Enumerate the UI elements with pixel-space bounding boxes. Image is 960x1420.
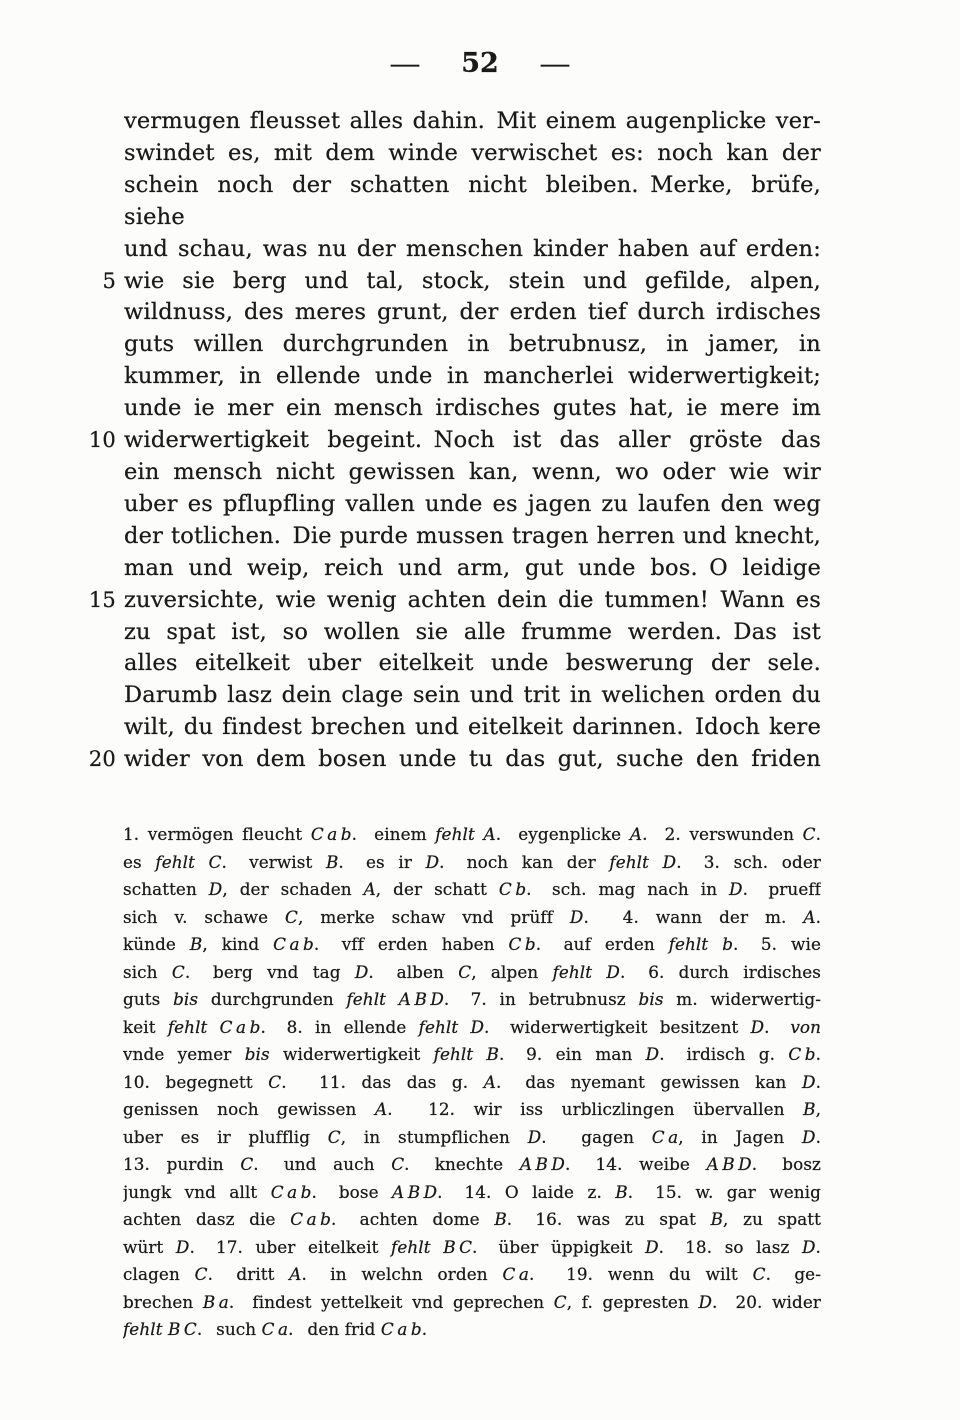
text-line-content: der totlichen. Die purde mussen tragen h…: [124, 521, 821, 553]
text-line-content: vermugen fleusset alles dahin. Mit einem…: [124, 106, 821, 138]
text-line: zu spat ist, so wollen sie alle frumme w…: [124, 617, 821, 649]
text-line: wildnuss, des meres grunt, der erden tie…: [124, 297, 821, 329]
main-text-block: vermugen fleusset alles dahin. Mit einem…: [124, 106, 821, 776]
apparatus-line: vnde yemer bis widerwertigkeit fehlt B. …: [123, 1041, 821, 1069]
book-page-scan: — 52 — vermugen fleusset alles dahin. Mi…: [0, 0, 960, 1420]
text-line: 20wider von dem bosen unde tu das gut, s…: [124, 744, 821, 776]
apparatus-line-last: fehlt B C. such C a. den frid C a b.: [123, 1316, 821, 1344]
text-line-content: wildnuss, des meres grunt, der erden tie…: [124, 297, 821, 329]
text-line-content: wie sie berg und tal, stock, stein und g…: [124, 266, 821, 298]
text-line: der totlichen. Die purde mussen tragen h…: [124, 521, 821, 553]
page-number: 52: [461, 48, 499, 79]
text-line-content: kummer, in ellende unde in mancherlei wi…: [124, 361, 821, 393]
text-line-content: man und weip, reich und arm, gut unde bo…: [124, 553, 821, 585]
apparatus-line: clagen C. dritt A. in welchn orden C a. …: [123, 1261, 821, 1289]
text-line-content: Darumb lasz dein clage sein und trit in …: [124, 680, 821, 712]
text-line: guts willen durchgrunden in betrubnusz, …: [124, 329, 821, 361]
apparatus-line: brechen B a. findest yettelkeit vnd gepr…: [123, 1289, 821, 1317]
apparatus-line: 10. begegnett C. 11. das das g. A. das n…: [123, 1069, 821, 1097]
text-line-content: zuversichte, wie wenig achten dein die t…: [124, 585, 821, 617]
apparatus-line: uber es ir plufflig C, in stumpflichen D…: [123, 1124, 821, 1152]
apparatus-line: schatten D, der schaden A, der schatt C …: [123, 876, 821, 904]
apparatus-line: es fehlt C. verwist B. es ir D. noch kan…: [123, 849, 821, 877]
text-line: 5wie sie berg und tal, stock, stein und …: [124, 266, 821, 298]
header-dash-right: —: [539, 50, 570, 78]
text-line: unde ie mer ein mensch irdisches gutes h…: [124, 393, 821, 425]
apparatus-line: 13. purdin C. und auch C. knechte A B D.…: [123, 1151, 821, 1179]
text-line-content: alles eitelkeit uber eitelkeit unde besw…: [124, 648, 821, 680]
text-line-content: zu spat ist, so wollen sie alle frumme w…: [124, 617, 821, 649]
text-line-content: swindet es, mit dem winde verwischet es:…: [124, 138, 821, 170]
apparatus-line: künde B, kind C a b. vff erden haben C b…: [123, 931, 821, 959]
text-line: uber es pflupfling vallen unde es jagen …: [124, 489, 821, 521]
text-line-content: guts willen durchgrunden in betrubnusz, …: [124, 329, 821, 361]
apparatus-line: sich C. berg vnd tag D. alben C, alpen f…: [123, 959, 821, 987]
text-line: 15zuversichte, wie wenig achten dein die…: [124, 585, 821, 617]
apparatus-line: guts bis durchgrunden fehlt A B D. 7. in…: [123, 986, 821, 1014]
text-line-content: wilt, du findest brechen und eitelkeit d…: [124, 712, 821, 744]
apparatus-line: jungk vnd allt C a b. bose A B D. 14. O …: [123, 1179, 821, 1207]
text-line: ein mensch nicht gewissen kan, wenn, wo …: [124, 457, 821, 489]
text-line: alles eitelkeit uber eitelkeit unde besw…: [124, 648, 821, 680]
page-header: — 52 —: [0, 48, 960, 79]
apparatus-line: 1. vermögen fleucht C a b. einem fehlt A…: [123, 821, 821, 849]
text-line: swindet es, mit dem winde verwischet es:…: [124, 138, 821, 170]
text-line-content: unde ie mer ein mensch irdisches gutes h…: [124, 393, 821, 425]
text-line: Darumb lasz dein clage sein und trit in …: [124, 680, 821, 712]
text-line: schein noch der schatten nicht bleiben. …: [124, 170, 821, 234]
line-number-20: 20: [89, 744, 116, 776]
text-line: vermugen fleusset alles dahin. Mit einem…: [124, 106, 821, 138]
apparatus-line: genissen noch gewissen A. 12. wir iss ur…: [123, 1096, 821, 1124]
text-line: wilt, du findest brechen und eitelkeit d…: [124, 712, 821, 744]
header-dash-left: —: [390, 50, 421, 78]
text-line: 10widerwertigkeit begeint. Noch ist das …: [124, 425, 821, 457]
text-line-content: uber es pflupfling vallen unde es jagen …: [124, 489, 821, 521]
text-line: und schau, was nu der menschen kinder ha…: [124, 234, 821, 266]
apparatus-line: würt D. 17. uber eitelkeit fehlt B C. üb…: [123, 1234, 821, 1262]
line-number-5: 5: [102, 266, 116, 298]
apparatus-line: sich v. schawe C, merke schaw vnd prüff …: [123, 904, 821, 932]
line-number-15: 15: [89, 585, 116, 617]
text-line: kummer, in ellende unde in mancherlei wi…: [124, 361, 821, 393]
text-line-content: wider von dem bosen unde tu das gut, suc…: [124, 744, 821, 776]
text-line-content: und schau, was nu der menschen kinder ha…: [124, 234, 821, 266]
line-number-10: 10: [89, 425, 116, 457]
apparatus-line: keit fehlt C a b. 8. in ellende fehlt D.…: [123, 1014, 821, 1042]
text-line: man und weip, reich und arm, gut unde bo…: [124, 553, 821, 585]
apparatus-line: achten dasz die C a b. achten dome B. 16…: [123, 1206, 821, 1234]
text-line-content: widerwertigkeit begeint. Noch ist das al…: [124, 425, 821, 457]
critical-apparatus-block: 1. vermögen fleucht C a b. einem fehlt A…: [123, 821, 821, 1344]
text-line-content: schein noch der schatten nicht bleiben. …: [124, 170, 821, 234]
text-line-content: ein mensch nicht gewissen kan, wenn, wo …: [124, 457, 821, 489]
